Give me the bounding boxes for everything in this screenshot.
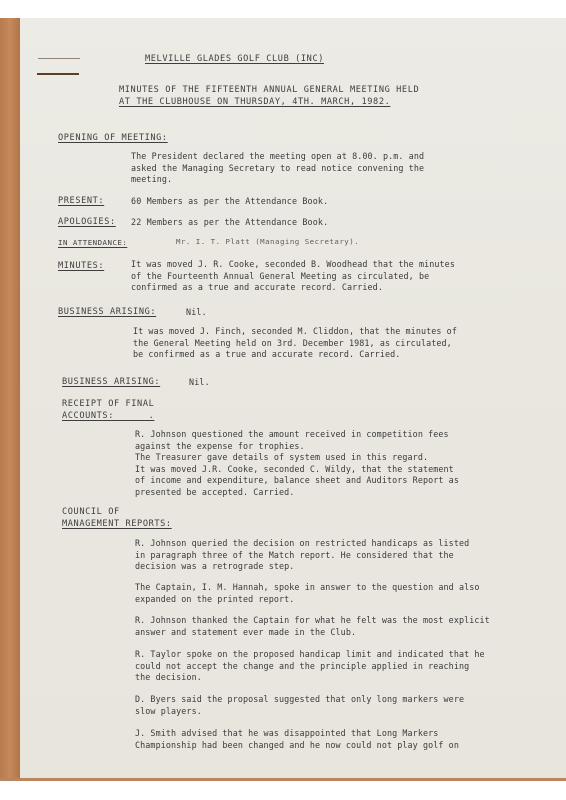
council-paragraph: R. Johnson thanked the Captain for what … bbox=[135, 615, 490, 638]
business-arising-value: Nil. bbox=[186, 308, 207, 316]
business-arising-2-label: BUSINESS ARISING: bbox=[62, 378, 160, 387]
minutes-title-line2: AT THE CLUBHOUSE ON THURSDAY, 4TH. MARCH… bbox=[119, 98, 390, 107]
pen-mark bbox=[37, 73, 79, 75]
council-label-line1: COUNCIL OF bbox=[62, 508, 120, 517]
opening-text: The President declared the meeting open … bbox=[131, 151, 424, 186]
final-accounts-text: R. Johnson questioned the amount receive… bbox=[135, 429, 459, 499]
council-paragraph: D. Byers said the proposal suggested tha… bbox=[135, 694, 464, 717]
in-attendance-label: IN ATTENDANCE: bbox=[58, 239, 127, 246]
minutes-title-line1: MINUTES OF THE FIFTEENTH ANNUAL GENERAL … bbox=[119, 86, 419, 95]
minutes-label: MINUTES: bbox=[58, 262, 104, 271]
opening-label: OPENING OF MEETING: bbox=[58, 134, 168, 143]
in-attendance-text: Mr. I. T. Platt (Managing Secretary). bbox=[176, 238, 359, 245]
council-paragraph: J. Smith advised that he was disappointe… bbox=[135, 728, 459, 751]
council-label-line2: MANAGEMENT REPORTS: bbox=[62, 520, 172, 529]
present-text: 60 Members as per the Attendance Book. bbox=[131, 197, 328, 205]
final-accounts-label-line1: RECEIPT OF FINAL bbox=[62, 400, 154, 409]
council-paragraph: R. Taylor spoke on the proposed handicap… bbox=[135, 649, 485, 684]
business-arising-label: BUSINESS ARISING: bbox=[58, 308, 156, 317]
present-label: PRESENT: bbox=[58, 197, 104, 206]
council-paragraph: R. Johnson queried the decision on restr… bbox=[135, 538, 469, 573]
final-accounts-label-line2: ACCOUNTS: . bbox=[62, 412, 154, 421]
club-name-heading: MELVILLE GLADES GOLF CLUB (INC) bbox=[145, 55, 324, 64]
business-arising-text: It was moved J. Finch, seconded M. Clidd… bbox=[133, 326, 457, 361]
apologies-text: 22 Members as per the Attendance Book. bbox=[131, 218, 328, 226]
business-arising-2-value: Nil. bbox=[189, 378, 210, 386]
apologies-label: APOLOGIES: bbox=[58, 218, 116, 227]
council-paragraph: The Captain, I. M. Hannah, spoke in answ… bbox=[135, 582, 480, 605]
binder-edge bbox=[0, 18, 20, 780]
minutes-text: It was moved J. R. Cooke, seconded B. Wo… bbox=[131, 259, 455, 294]
paper-bottom-edge bbox=[0, 778, 566, 781]
pen-mark bbox=[38, 58, 80, 59]
